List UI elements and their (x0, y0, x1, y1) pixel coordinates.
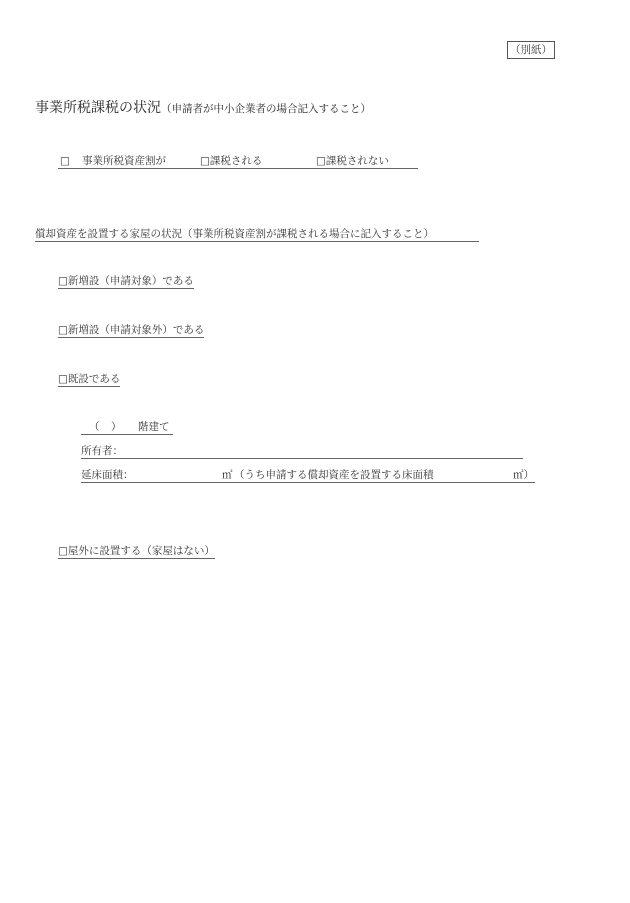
option-existing[interactable]: □既設である (58, 372, 120, 387)
business-tax-checkbox[interactable]: □ (60, 154, 70, 168)
floor-area-field[interactable]: 延床面積： ㎡ （うち申請する償却資産を設置する床面積 ㎡） (81, 468, 535, 483)
option-taxed[interactable]: □課税される (200, 154, 262, 168)
business-tax-row: □ 事業所税資産割が □課税される □課税されない (58, 154, 418, 169)
option-new-target[interactable]: □新増設（申請対象）である (58, 274, 194, 289)
floors-paren-open: （ (89, 420, 100, 434)
annex-label: （別紙） (507, 41, 555, 59)
owner-field[interactable]: 所有者： (81, 444, 523, 459)
section1-title: 事業所税課税の状況（申請者が中小企業者の場合記入すること） (35, 98, 371, 119)
option-outdoor[interactable]: □屋外に設置する（家屋はない） (58, 544, 215, 559)
section2-title: 償却資産を設置する家屋の状況（事業所税資産割が課税される場合に記入すること） (35, 227, 479, 242)
option-not-taxed[interactable]: □課税されない (316, 154, 389, 168)
floor-area-unit-end: ㎡） (513, 468, 534, 482)
owner-label: 所有者： (81, 445, 123, 457)
business-tax-label: 事業所税資産割が (82, 154, 166, 168)
floor-area-note: （うち申請する償却資産を設置する床面積 (234, 468, 434, 482)
section1-heading: 事業所税課税の状況 (35, 100, 161, 116)
floor-area-unit: ㎡ (222, 468, 233, 482)
floor-area-label: 延床面積： (81, 468, 134, 482)
floors-label: 階建て (138, 420, 170, 434)
floors-field[interactable]: （ ） 階建て (81, 420, 173, 435)
section1-note: （申請者が中小企業者の場合記入すること） (161, 103, 371, 115)
floors-paren-close: ） (111, 420, 122, 434)
option-new-non-target[interactable]: □新増設（申請対象外）である (58, 323, 204, 338)
